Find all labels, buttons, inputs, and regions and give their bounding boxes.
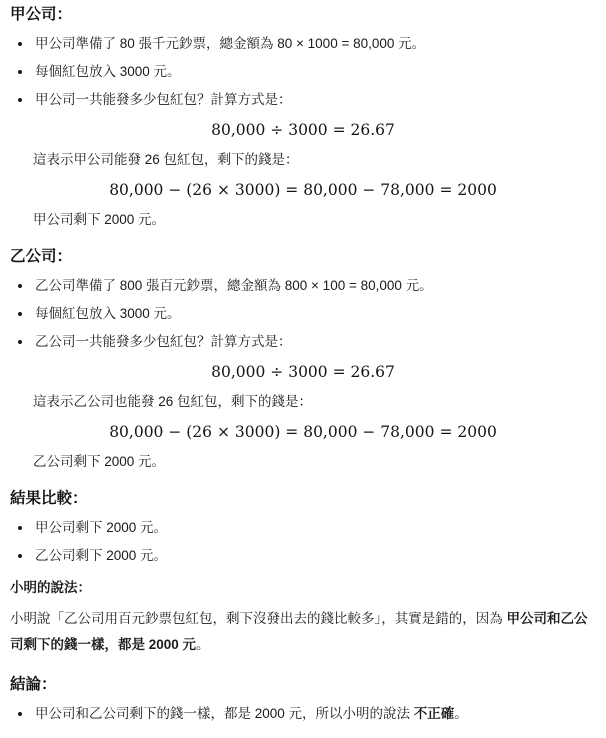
company-b-packets-note: 這表示乙公司也能發 26 包紅包，剩下的錢是：: [33, 392, 596, 412]
answer-document: 甲公司： 甲公司準備了 80 張千元鈔票，總金額為 80 × 1000 = 80…: [0, 0, 606, 738]
list-item: 甲公司和乙公司剩下的錢一樣，都是 2000 元，所以小明的說法 不正確。: [33, 704, 596, 724]
formula-remainder-company-b: 80,000 − (26 × 3000) = 80,000 − 78,000 =…: [10, 422, 596, 442]
section-heading-comparison: 結果比較：: [10, 488, 596, 510]
company-a-bullet-list: 甲公司準備了 80 張千元鈔票，總金額為 80 × 1000 = 80,000 …: [10, 34, 596, 110]
list-item: 甲公司一共能發多少包紅包？計算方式是：: [33, 90, 596, 110]
list-item: 每個紅包放入 3000 元。: [33, 62, 596, 82]
formula-remainder-company-a: 80,000 − (26 × 3000) = 80,000 − 78,000 =…: [10, 180, 596, 200]
list-item: 乙公司準備了 800 張百元鈔票，總金額為 800 × 100 = 80,000…: [33, 276, 596, 296]
list-item: 每個紅包放入 3000 元。: [33, 304, 596, 324]
list-item: 乙公司剩下 2000 元。: [33, 546, 596, 566]
statement-suffix-text: 。: [196, 637, 210, 652]
list-item: 甲公司準備了 80 張千元鈔票，總金額為 80 × 1000 = 80,000 …: [33, 34, 596, 54]
conclusion-bold-text: 不正確: [414, 706, 455, 721]
conclusion-suffix-text: 。: [454, 706, 468, 721]
comparison-bullet-list: 甲公司剩下 2000 元。 乙公司剩下 2000 元。: [10, 518, 596, 566]
section-heading-conclusion: 結論：: [10, 674, 596, 696]
company-a-packets-note: 這表示甲公司能發 26 包紅包，剩下的錢是：: [33, 150, 596, 170]
conclusion-bullet-list: 甲公司和乙公司剩下的錢一樣，都是 2000 元，所以小明的說法 不正確。: [10, 704, 596, 724]
conclusion-prefix-text: 甲公司和乙公司剩下的錢一樣，都是 2000 元，所以小明的說法: [35, 706, 414, 721]
section-heading-company-a: 甲公司：: [10, 4, 596, 26]
company-b-bullet-list: 乙公司準備了 800 張百元鈔票，總金額為 800 × 100 = 80,000…: [10, 276, 596, 352]
list-item: 甲公司剩下 2000 元。: [33, 518, 596, 538]
formula-division-company-b: 80,000 ÷ 3000 = 26.67: [10, 362, 596, 382]
section-heading-company-b: 乙公司：: [10, 246, 596, 268]
formula-division-company-a: 80,000 ÷ 3000 = 26.67: [10, 120, 596, 140]
statement-prefix-text: 小明說「乙公司用百元鈔票包紅包，剩下沒發出去的錢比較多」，其實是錯的，因為: [10, 611, 507, 626]
company-a-remainder-text: 甲公司剩下 2000 元。: [33, 210, 596, 230]
list-item: 乙公司一共能發多少包紅包？計算方式是：: [33, 332, 596, 352]
company-b-remainder-text: 乙公司剩下 2000 元。: [33, 452, 596, 472]
xiaoming-claim-statement: 小明說「乙公司用百元鈔票包紅包，剩下沒發出去的錢比較多」，其實是錯的，因為 甲公…: [10, 606, 596, 658]
xiaoming-claim-label: 小明的說法：: [10, 578, 596, 598]
